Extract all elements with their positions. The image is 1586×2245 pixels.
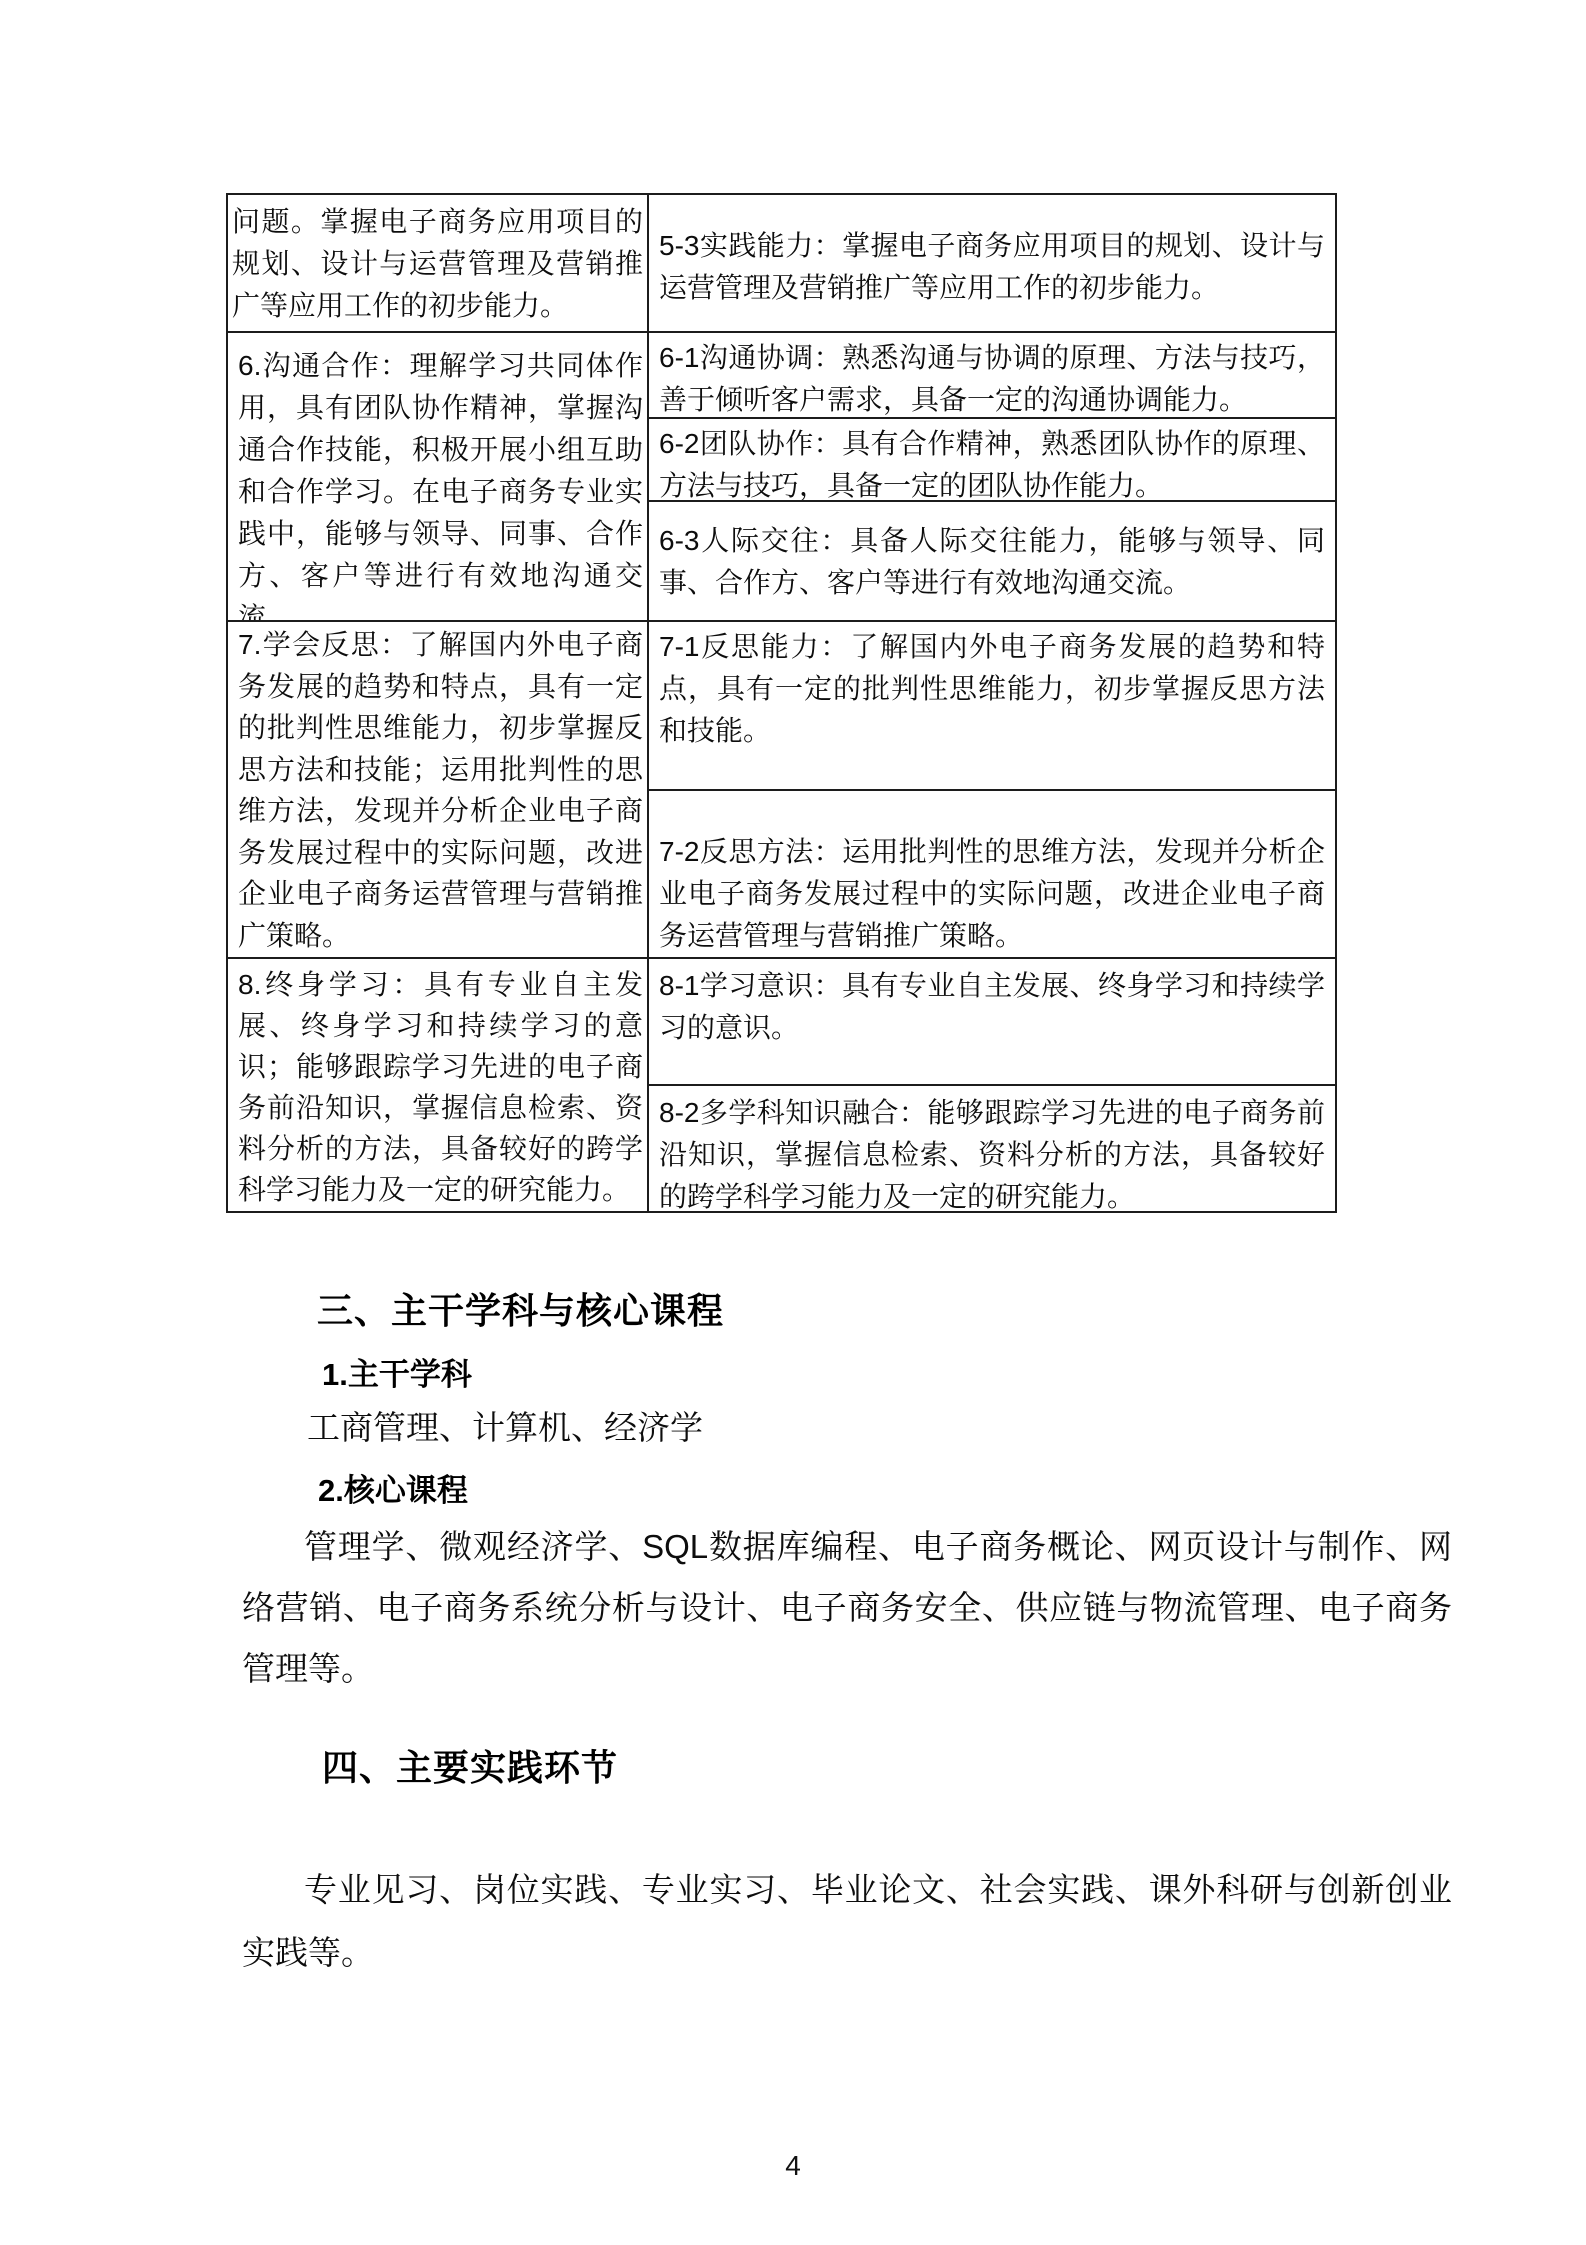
- curriculum-competency-table: 问题。掌握电子商务应用项目的规划、设计与运营管理及营销推广等应用工作的初步能力。…: [226, 193, 1337, 1213]
- cell-sub-8-2: 8-2多学科知识融合：能够跟踪学习先进的电子商务前沿知识，掌握信息检索、资料分析…: [649, 1084, 1335, 1211]
- page-number: 4: [0, 2150, 1586, 2182]
- right-stack-practice: 5-3实践能力：掌握电子商务应用项目的规划、设计与运营管理及营销推广等应用工作的…: [649, 195, 1335, 331]
- cell-sub-7-2: 7-2反思方法：运用批判性的思维方法，发现并分析企业电子商务发展过程中的实际问题…: [649, 789, 1335, 957]
- core-courses-paragraph: 管理学、微观经济学、SQL数据库编程、电子商务概论、网页设计与制作、网络营销、电…: [242, 1516, 1452, 1699]
- cell-left-communication: 6.沟通合作：理解学习共同体作用，具有团队协作精神，掌握沟通合作技能，积极开展小…: [228, 333, 649, 620]
- table-row-lifelong-learning: 8.终身学习：具有专业自主发展、终身学习和持续学习的意识；能够跟踪学习先进的电子…: [228, 957, 1335, 1211]
- cell-sub-6-2: 6-2团队协作：具有合作精神，熟悉团队协作的原理、方法与技巧，具备一定的团队协作…: [649, 417, 1335, 500]
- subsection-main-disciplines-heading: 1.主干学科: [322, 1349, 472, 1394]
- right-stack-lifelong-learning: 8-1学习意识：具有专业自主发展、终身学习和持续学习的意识。 8-2多学科知识融…: [649, 959, 1335, 1211]
- table-row-communication: 6.沟通合作：理解学习共同体作用，具有团队协作精神，掌握沟通合作技能，积极开展小…: [228, 331, 1335, 620]
- cell-left-lifelong-learning: 8.终身学习：具有专业自主发展、终身学习和持续学习的意识；能够跟踪学习先进的电子…: [228, 959, 649, 1211]
- right-stack-communication: 6-1沟通协调：熟悉沟通与协调的原理、方法与技巧，善于倾听客户需求，具备一定的沟…: [649, 333, 1335, 620]
- cell-sub-7-1: 7-1反思能力：了解国内外电子商务发展的趋势和特点，具有一定的批判性思维能力，初…: [649, 622, 1335, 789]
- practice-components-paragraph: 专业见习、岗位实践、专业实习、毕业论文、社会实践、课外科研与创新创业实践等。: [242, 1858, 1452, 1984]
- section-4-heading: 四、主要实践环节: [322, 1740, 618, 1791]
- right-stack-reflection: 7-1反思能力：了解国内外电子商务发展的趋势和特点，具有一定的批判性思维能力，初…: [649, 622, 1335, 957]
- cell-sub-6-1: 6-1沟通协调：熟悉沟通与协调的原理、方法与技巧，善于倾听客户需求，具备一定的沟…: [649, 333, 1335, 417]
- table-row-reflection: 7.学会反思：了解国内外电子商务发展的趋势和特点，具有一定的批判性思维能力，初步…: [228, 620, 1335, 957]
- cell-sub-6-3: 6-3人际交往：具备人际交往能力，能够与领导、同事、合作方、客户等进行有效地沟通…: [649, 500, 1335, 620]
- subsection-core-courses-heading: 2.核心课程: [318, 1465, 468, 1510]
- cell-sub-8-1: 8-1学习意识：具有专业自主发展、终身学习和持续学习的意识。: [649, 959, 1335, 1084]
- cell-sub-5-3: 5-3实践能力：掌握电子商务应用项目的规划、设计与运营管理及营销推广等应用工作的…: [649, 195, 1335, 331]
- cell-left-reflection: 7.学会反思：了解国内外电子商务发展的趋势和特点，具有一定的批判性思维能力，初步…: [228, 622, 649, 957]
- table-row-practice: 问题。掌握电子商务应用项目的规划、设计与运营管理及营销推广等应用工作的初步能力。…: [228, 195, 1335, 331]
- cell-left-practice-continued: 问题。掌握电子商务应用项目的规划、设计与运营管理及营销推广等应用工作的初步能力。: [228, 195, 649, 331]
- main-disciplines-text: 工商管理、计算机、经济学: [307, 1402, 703, 1449]
- document-page: 问题。掌握电子商务应用项目的规划、设计与运营管理及营销推广等应用工作的初步能力。…: [0, 0, 1586, 2245]
- section-3-heading: 三、主干学科与核心课程: [317, 1283, 724, 1334]
